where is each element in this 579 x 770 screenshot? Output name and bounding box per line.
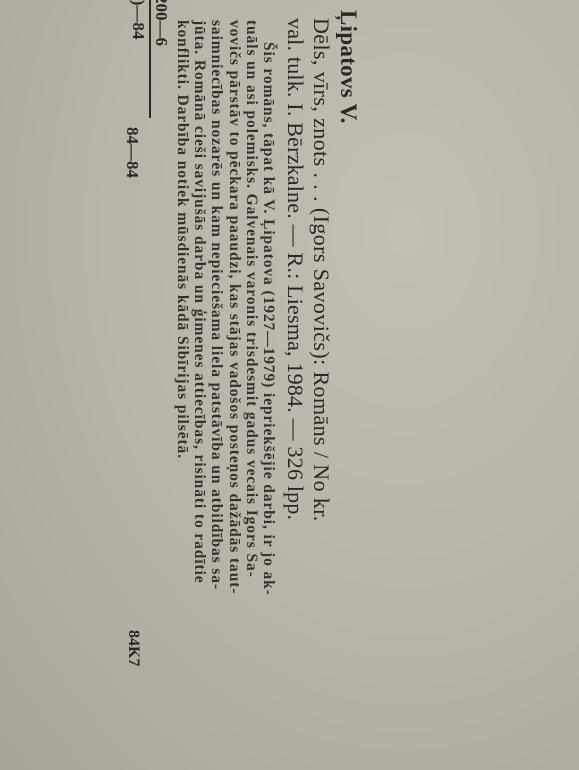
fraction-rule [149, 0, 151, 118]
annotation-line: tuāls un asi polemisks. Galvenais varoni… [243, 20, 260, 710]
catalog-code-denominator: (11)—84 [128, 0, 150, 46]
catalog-code-numerator: 10200—6 [150, 0, 171, 46]
imprint-line: val. tulk. I. Bērzkalne. — R.: Liesma, 1… [282, 18, 308, 520]
annotation-line: Šis romāns, tāpat kā V. Ļipatova (1927—1… [260, 20, 277, 710]
title-line: Dēls, vīrs, znots . . . (Igors Savovičs)… [308, 18, 334, 522]
annotation-line: saimniecības nozarēs un kam nepieciešama… [208, 20, 225, 710]
annotation-line: vovičs pārstāv to pēckara paaudzi, kas s… [225, 20, 242, 710]
catalog-card: Ļipatovs V. Dēls, vīrs, znots . . . (Igo… [0, 0, 579, 770]
udc-index: 84K7 [124, 630, 142, 666]
annotation-line: konflikti. Darbība notiek mūsdienās kādā… [174, 20, 191, 710]
catalog-code-extra: 84—84 [122, 127, 142, 178]
author-heading: Ļipatovs V. [335, 10, 361, 124]
annotation-paragraph: Šis romāns, tāpat kā V. Ļipatova (1927—1… [174, 20, 277, 710]
annotation-line: jūta. Romānā cieši savijušās darba un ģi… [191, 20, 208, 710]
